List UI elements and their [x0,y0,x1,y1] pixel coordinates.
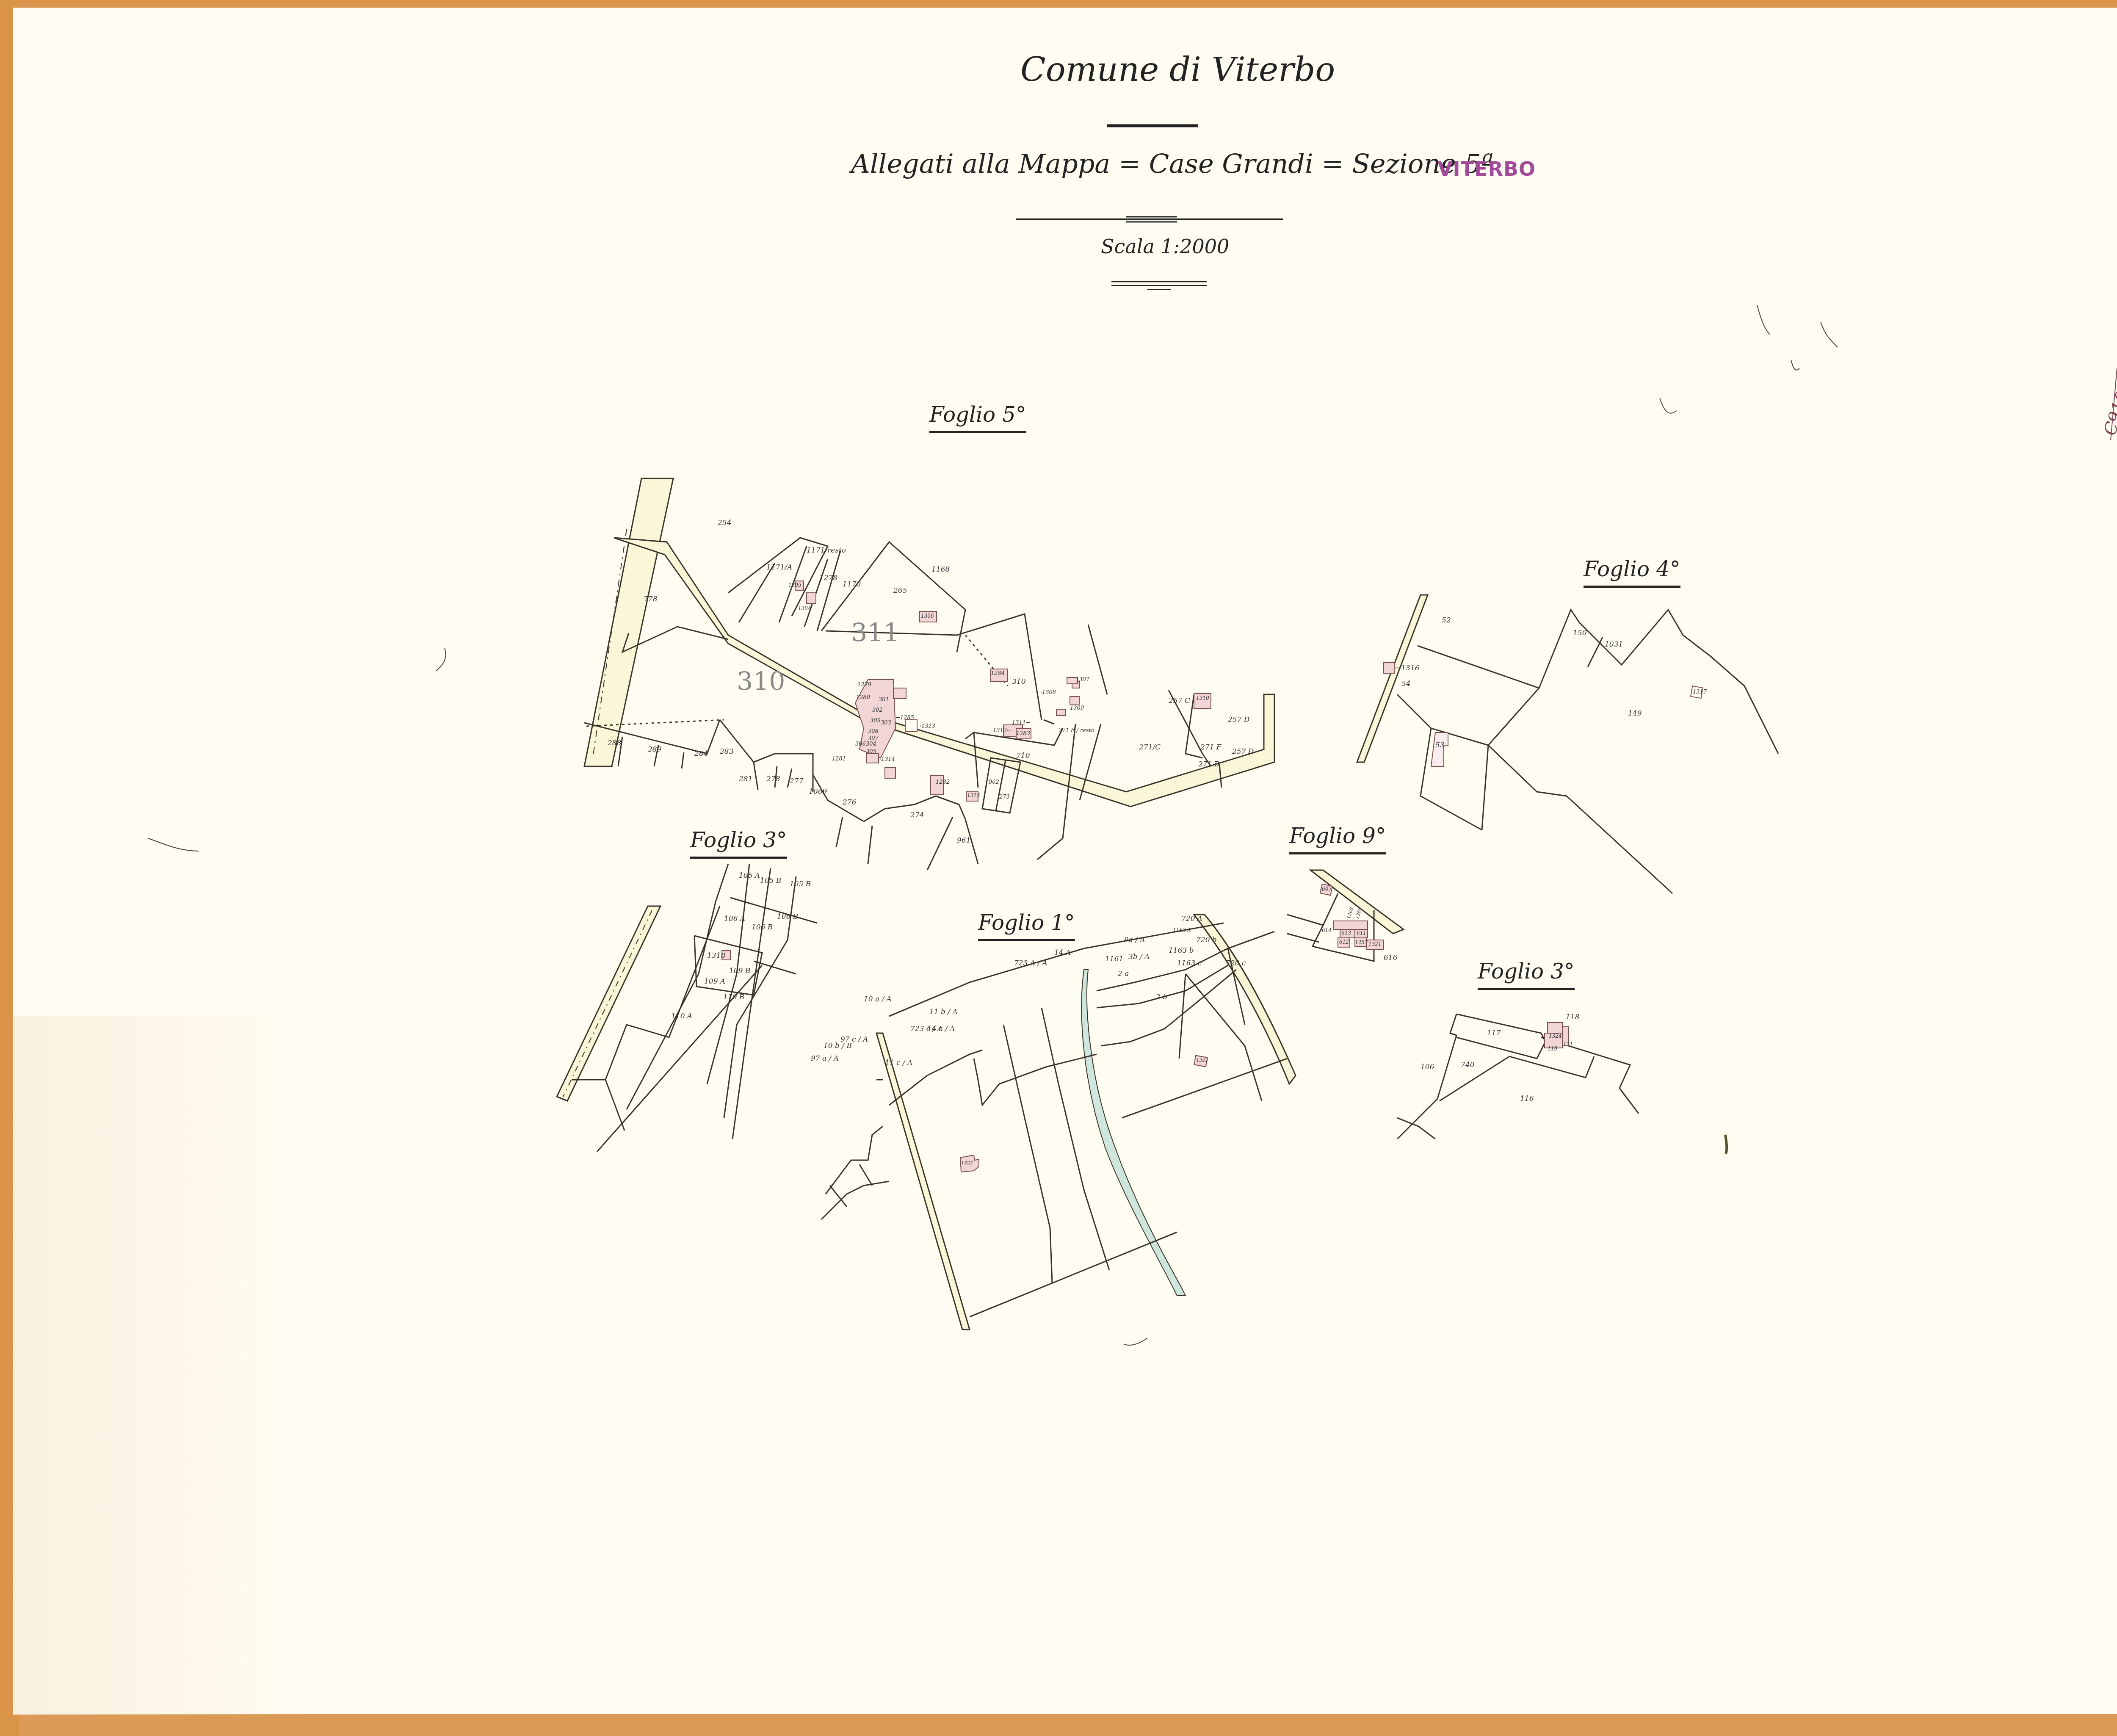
parcel-label: 961 [957,836,970,845]
parcel-label: →1308 [1037,689,1056,696]
parcel-label: 277 [790,777,803,785]
viterbo-stamp: VITERBO [1437,158,1536,180]
parcel-label: 2 b [1156,993,1167,1001]
foglio-9-linework [1287,870,1404,961]
map-title: Comune di Viterbo [1020,51,1335,89]
parcel-label: 281 [739,775,752,783]
parcel-label: 308 [868,728,879,735]
parcel-label: 106 B [777,912,798,921]
map-subtitle: Allegati alla Mappa = Case Grandi = Sezi… [851,148,1493,179]
sheet-label-foglio-9: Foglio 9° [1289,824,1386,854]
parcel-label: 720 A [1181,915,1202,923]
parcel-label: 710 [1016,752,1030,760]
parcel-label: 1281 [832,756,846,762]
parcel-label: 2 a [1118,970,1129,978]
parcel-label: 1318 [707,951,725,960]
parcel-label: 53 [1435,741,1445,749]
parcel-label: 1324 [1549,1033,1562,1039]
parcel-label: 105 B [790,880,811,888]
parcel-label: 1322 [961,1160,973,1166]
parcel-label: 9a / A [1124,936,1145,944]
parcel-label: 1171/A [766,563,792,572]
parcel-label: 119 [1548,1046,1557,1052]
parcel-label: 97 a / A [811,1054,839,1063]
parcel-label: 116 [1520,1095,1534,1103]
parcel-label: 1321 [1368,941,1382,947]
foglio-4-linework [1357,595,1778,893]
parcel-label: 306 [855,741,866,747]
parcel-label: 1278 [819,574,837,582]
parcel-label: →1316 [1395,664,1420,672]
parcel-label: →1285 [895,715,914,721]
parcel-label: 1257 [1355,940,1368,945]
parcel-label: 106 A [724,915,745,923]
cadastral-linework [0,0,2117,1736]
parcel-label: 612 [1339,939,1349,945]
parcel-label: 1163 b [1169,946,1194,955]
parcel-label: 310 [1012,677,1025,686]
parcel-label: 723 A / A [1014,959,1047,968]
parcel-label: 118 [1566,1013,1579,1021]
sheet-label-foglio-3-right: Foglio 3° [1478,959,1575,990]
parcel-label: 1069 [809,788,827,796]
parcel-label: 257 D [1228,716,1249,724]
parcel-label: 283 [720,747,733,756]
map-scale: Scala 1:2000 [1101,235,1229,258]
parcel-label: 1311← [1012,720,1031,726]
foglio-5-linework [584,478,1274,870]
parcel-label: 1305 [788,582,801,588]
parcel-label: 613 [1341,930,1351,936]
parcel-label: 1323 [1196,1058,1208,1063]
parcel-label: 1307 [1075,677,1089,683]
sheet-label-foglio-1: Foglio 1° [978,910,1075,941]
parcel-label: 1284 [991,670,1005,677]
parcel-label: 614 [1322,927,1332,933]
parcel-label: 962 [989,779,999,785]
parcel-label: 284 [694,749,708,758]
parcel-label: 52 [1442,616,1451,625]
parcel-label: 11 b / A [929,1008,958,1016]
parcel-label: 274 [910,811,924,819]
parcel-label: 303 [881,720,891,726]
parcel-label: 616 [1384,954,1397,962]
parcel-label: 117 [1487,1029,1501,1037]
parcel-label: →1314 [876,756,895,763]
parcel-label: 1163 A [1173,927,1191,933]
parcel-label: 257 D [1232,747,1254,756]
parcel-label: 54 [1401,680,1411,688]
parcel-label: 1306 [921,613,934,619]
parcel-label: 149 [1628,709,1642,718]
parcel-label: 1168 [931,565,950,574]
parcel-label: 121 [1563,1042,1573,1048]
parcel-label: 611 [1357,930,1366,936]
parcel-label: 1309 [1070,705,1084,711]
parcel-label: 311 [851,618,900,648]
parcel-label: 304 [866,741,876,747]
parcel-label: 305 [866,749,876,755]
parcel-label: 109 B [729,967,750,975]
parcel-label: 254 [718,519,731,527]
parcel-label: 1171/resto [807,546,846,555]
parcel-label: 278 [766,775,780,783]
parcel-label: 14 A [1054,948,1071,957]
parcel-label: 1170 [843,580,861,589]
foglio-5-buildings [795,581,1211,801]
parcel-label: 309 [870,718,881,724]
parcel-label: 105 A [739,871,760,880]
parcel-label: 301 [879,697,889,703]
parcel-label: 110 B [723,993,744,1001]
parcel-label: 310 [737,667,785,697]
parcel-label: 288 [608,739,621,747]
parcel-label: 276 [843,798,856,807]
parcel-label: 271 E / resto [1058,727,1094,734]
parcel-label: →1313 [917,723,935,730]
parcel-label: 1161 [1105,955,1123,963]
parcel-label: 778 [644,595,657,603]
parcel-label: 265 [893,586,907,595]
parcel-label: 607 [1322,886,1332,892]
parcel-label: 10 a / A [864,995,892,1003]
parcel-label: 1280 [856,694,870,701]
parcel-label: 11 c / A [885,1059,912,1067]
parcel-label: 3b / A [1128,953,1150,961]
parcel-label: 1315 [967,793,980,799]
parcel-label: 271/C [1139,743,1161,752]
parcel-label: 150 [1573,629,1586,637]
parcel-label: 1031 [1605,640,1623,649]
parcel-label: 1312← [993,727,1012,734]
parcel-label: 740 [1461,1061,1474,1069]
parcel-label: 271 B [1198,760,1219,768]
foglio-1-linework [821,915,1296,1330]
parcel-label: 720 c [1226,959,1246,968]
parcel-label: 1163 c [1177,959,1202,968]
sheet-label-foglio-3-left: Foglio 3° [690,828,787,859]
sheet-label-foglio-5: Foglio 5° [929,402,1026,433]
sheet-label-foglio-4: Foglio 4° [1584,557,1680,588]
parcel-label: 1282 [936,779,950,785]
parcel-label: 257 C [1169,697,1190,705]
parcel-label: 271 F [1200,743,1222,752]
parcel-label: 10 b / B [824,1042,852,1050]
parcel-label: 110 A [671,1012,692,1020]
parcel-label: 1304 [798,605,811,611]
foglio-3-left-linework [557,864,817,1152]
parcel-label: 302 [872,707,883,713]
parcel-label: 14 c / A [927,1025,955,1033]
parcel-label: 106 B [752,923,773,932]
parcel-label: 1310 [1196,695,1209,701]
parcel-label: 1317 [1693,689,1707,695]
parcel-label: 1283 [1016,730,1030,737]
parcel-label: 105 B [760,876,781,885]
parcel-label: 273 [999,794,1010,800]
parcel-label: 1279 [857,682,871,688]
parcel-label: 106 [1421,1063,1434,1071]
parcel-label: 720 b [1196,936,1217,944]
parcel-label: 109 A [704,977,725,986]
parcel-label: 289 [648,745,661,754]
foglio-3-right-linework [1397,1014,1639,1139]
